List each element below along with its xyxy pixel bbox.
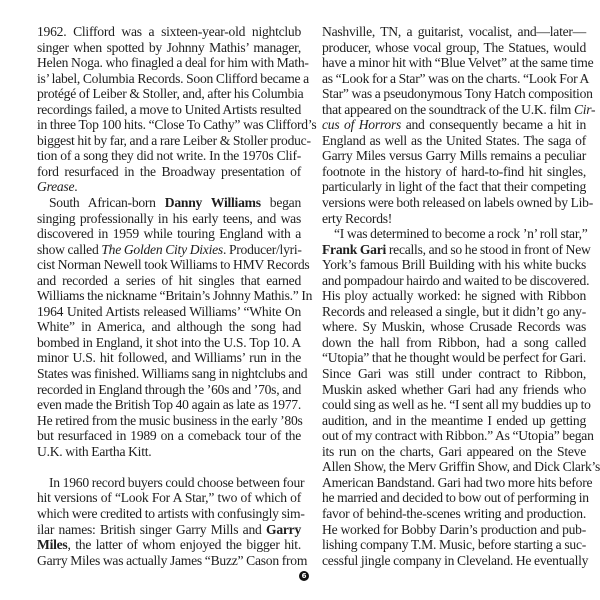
text-line: particularly in light of the fact that t…: [322, 179, 586, 195]
text-line: producer, whose vocal group, The Statues…: [322, 40, 586, 56]
text-line: cus of Horrors and consequently became a…: [322, 117, 586, 133]
paragraph-gap: [37, 459, 301, 475]
text-run: down the hall from Ribbon, had a song ca…: [322, 335, 586, 350]
text-line: In 1960 record buyers could choose betwe…: [37, 475, 301, 491]
text-run: York’s famous Brill Building with his wh…: [322, 257, 586, 272]
text-line: “I was determined to become a rock ’n’ r…: [322, 226, 586, 242]
text-run: show called: [37, 242, 101, 257]
text-line: minor U.S. hit followed, and Williams’ r…: [37, 350, 301, 366]
text-line: cist Norman Newell took Williams to HMV …: [37, 257, 301, 273]
text-run: Helen Noga. who finagled a deal for him …: [37, 55, 309, 70]
text-line: favor of behind-the-scenes writing and p…: [322, 506, 586, 522]
text-run: hit versions of “Look For A Star,” two o…: [37, 490, 301, 505]
text-line: versions were both released on labels ow…: [322, 195, 586, 211]
text-line: where. Sy Muskin, whose Crusade Records …: [322, 319, 586, 335]
text-line: recordings failed, a move to United Arti…: [37, 102, 301, 118]
text-line: Records and released a single, but it di…: [322, 304, 586, 320]
text-line: Muskin asked whether Gari had any friend…: [322, 382, 586, 398]
text-line: and pompadour hairdo and waited to be di…: [322, 273, 586, 289]
text-run: footnote in the history of hard-to-find …: [322, 164, 586, 179]
text-line: U.K. with Eartha Kitt.: [37, 444, 301, 460]
text-line: but resurfaced in 1989 on a comeback tou…: [37, 428, 301, 444]
text-run: White” in America, and although the song…: [37, 319, 301, 334]
text-run: could sing as well as he. “I sent all my…: [322, 397, 591, 412]
text-run: singer when spotted by Johnny Mathis’ ma…: [37, 40, 301, 55]
text-line: singer when spotted by Johnny Mathis’ ma…: [37, 40, 301, 56]
text-line: Since Gari was still under contract to R…: [322, 366, 586, 382]
text-run: tion of a song they did not write. In th…: [37, 148, 301, 163]
text-run: and pompadour hairdo and waited to be di…: [322, 273, 589, 288]
text-run: recordings failed, a move to United Arti…: [37, 102, 301, 117]
text-run: England as well as the United States. Th…: [322, 133, 586, 148]
book-page: 1962. Clifford was a sixteen-year-old ni…: [0, 0, 600, 600]
text-line: bombed in England, it shot into the U.S.…: [37, 335, 301, 351]
italic-title: The Golden City Dixies: [101, 242, 223, 257]
text-run: Star” was a pseudonymous Tony Hatch comp…: [322, 86, 593, 101]
text-run: and consequently became a hit in: [401, 117, 586, 132]
italic-title: Cir-: [574, 102, 595, 117]
text-run: American Bandstand. Gari had two more hi…: [322, 475, 592, 490]
text-run: have a minor hit with “Blue Velvet” at t…: [322, 55, 593, 70]
text-run: ford resurfaced in the Broadway presenta…: [37, 164, 301, 179]
text-run: particularly in light of the fact that t…: [322, 179, 586, 194]
text-run: erty Records!: [322, 211, 392, 226]
text-line: Garry Miles versus Garry Mills remains a…: [322, 148, 586, 164]
text-line: 1964 United Artists released Williams’ “…: [37, 304, 301, 320]
text-run: He worked for Bobby Darin’s production a…: [322, 522, 586, 537]
text-line: Helen Noga. who finagled a deal for him …: [37, 55, 301, 71]
text-run: producer, whose vocal group, The Statues…: [322, 40, 586, 55]
bold-name: Miles: [37, 537, 67, 552]
bold-name: Frank Gari: [322, 242, 386, 257]
text-line: biggest hit by far, and a rare Leiber & …: [37, 133, 301, 149]
text-run: began: [261, 195, 301, 210]
text-run: “I was determined to become a rock ’n’ r…: [334, 226, 588, 241]
right-text-column: Nashville, TN, a guitarist, vocalist, an…: [322, 24, 586, 568]
text-run: but resurfaced in 1989 on a comeback tou…: [37, 428, 301, 443]
text-run: Nashville, TN, a guitarist, vocalist, an…: [322, 24, 586, 39]
text-run: South African-born: [49, 195, 165, 210]
bold-name: Danny Williams: [165, 195, 261, 210]
text-run: Garry Miles was actually James “Buzz” Ca…: [37, 553, 307, 568]
text-run: discovered in 1959 while touring England…: [37, 226, 301, 241]
text-line: ilar names: British singer Garry Mills a…: [37, 522, 301, 538]
text-line: He worked for Bobby Darin’s production a…: [322, 522, 586, 538]
text-line: “Utopia” that he thought would be perfec…: [322, 350, 586, 366]
text-run: , the latter of whom enjoyed the bigger …: [67, 537, 301, 552]
text-run: protégé of Leiber & Stoller, and, after …: [37, 86, 303, 101]
text-run: 1962. Clifford was a sixteen-year-old ni…: [37, 24, 301, 39]
text-run: minor U.S. hit followed, and Williams’ r…: [37, 350, 301, 365]
text-run: biggest hit by far, and a rare Leiber & …: [37, 133, 311, 148]
text-run: Muskin asked whether Gari had any friend…: [322, 382, 586, 397]
text-run: .: [74, 179, 77, 194]
text-run: In 1960 record buyers could choose betwe…: [49, 475, 304, 490]
text-line: as “Look for a Star” was on the charts. …: [322, 71, 586, 87]
text-line: hit versions of “Look For A Star,” two o…: [37, 490, 301, 506]
text-line: White” in America, and although the song…: [37, 319, 301, 335]
text-line: 1962. Clifford was a sixteen-year-old ni…: [37, 24, 301, 40]
text-line: Garry Miles was actually James “Buzz” Ca…: [37, 553, 301, 569]
text-run: where. Sy Muskin, whose Crusade Records …: [322, 319, 586, 334]
text-run: States was finished. Williams sang in ni…: [37, 366, 307, 381]
text-line: Grease.: [37, 179, 301, 195]
text-line: down the hall from Ribbon, had a song ca…: [322, 335, 586, 351]
text-line: Miles, the latter of whom enjoyed the bi…: [37, 537, 301, 553]
text-line: York’s famous Brill Building with his wh…: [322, 257, 586, 273]
text-run: singing professionally in his early teen…: [37, 211, 301, 226]
text-run: He retired from the music business in th…: [37, 413, 303, 428]
text-run: out of my contract with Ribbon.” As “Uto…: [322, 428, 594, 443]
text-line: He retired from the music business in th…: [37, 413, 301, 429]
text-run: cist Norman Newell took Williams to HMV …: [37, 257, 309, 272]
text-line: Williams the nickname “Britain’s Johnny …: [37, 288, 301, 304]
text-run: versions were both released on labels ow…: [322, 195, 593, 210]
text-line: South African-born Danny Williams began: [37, 195, 301, 211]
text-run: in three Top 100 hits. “Close To Cathy” …: [37, 117, 316, 132]
left-text-column: 1962. Clifford was a sixteen-year-old ni…: [37, 24, 301, 568]
text-run: U.K. with Eartha Kitt.: [37, 444, 151, 459]
text-run: as “Look for a Star” was on the charts. …: [322, 71, 589, 86]
text-run: he married and decided to bow out of per…: [322, 490, 589, 505]
text-run: cessful jingle company in Cleveland. He …: [322, 553, 588, 568]
text-line: even made the British Top 40 again as la…: [37, 397, 301, 413]
text-line: States was finished. Williams sang in ni…: [37, 366, 301, 382]
text-run: Garry Miles versus Garry Mills remains a…: [322, 148, 586, 163]
text-line: in three Top 100 hits. “Close To Cathy” …: [37, 117, 301, 133]
text-line: which were credited to artists with conf…: [37, 506, 301, 522]
text-line: Star” was a pseudonymous Tony Hatch comp…: [322, 86, 586, 102]
text-line: Frank Gari recalls, and so he stood in f…: [322, 242, 586, 258]
text-line: Nashville, TN, a guitarist, vocalist, an…: [322, 24, 586, 40]
text-line: footnote in the history of hard-to-find …: [322, 164, 586, 180]
text-run: His ploy actually worked: he signed with…: [322, 288, 586, 303]
text-run: 1964 United Artists released Williams’ “…: [37, 304, 301, 319]
text-line: lishing company T.M. Music, before start…: [322, 537, 586, 553]
text-line: have a minor hit with “Blue Velvet” at t…: [322, 55, 586, 71]
text-line: is’ label, Columbia Records. Soon Cliffo…: [37, 71, 301, 87]
text-run: ilar names: British singer Garry Mills a…: [37, 522, 266, 537]
text-run: its run on the charts, Gari appeared on …: [322, 444, 586, 459]
page-number-badge: 6: [299, 571, 309, 581]
text-run: that appeared on the soundtrack of the U…: [322, 102, 574, 117]
text-line: protégé of Leiber & Stoller, and, after …: [37, 86, 301, 102]
text-run: bombed in England, it shot into the U.S.…: [37, 335, 301, 350]
text-run: favor of behind-the-scenes writing and p…: [322, 506, 586, 521]
text-line: erty Records!: [322, 211, 586, 227]
text-run: recorded in England through the ’60s and…: [37, 382, 301, 397]
text-run: Records and released a single, but it di…: [322, 304, 586, 319]
text-run: is’ label, Columbia Records. Soon Cliffo…: [37, 71, 309, 86]
text-run: lishing company T.M. Music, before start…: [322, 537, 586, 552]
text-run: Allen Show, the Merv Griffin Show, and D…: [322, 459, 600, 474]
text-line: could sing as well as he. “I sent all my…: [322, 397, 586, 413]
italic-title: cus of Horrors: [322, 117, 401, 132]
text-line: audition, and in the meantime I ended up…: [322, 413, 586, 429]
text-line: Allen Show, the Merv Griffin Show, and D…: [322, 459, 586, 475]
text-line: American Bandstand. Gari had two more hi…: [322, 475, 586, 491]
text-line: singing professionally in his early teen…: [37, 211, 301, 227]
text-run: Since Gari was still under contract to R…: [322, 366, 586, 381]
text-line: tion of a song they did not write. In th…: [37, 148, 301, 164]
text-line: out of my contract with Ribbon.” As “Uto…: [322, 428, 586, 444]
text-run: recalls, and so he stood in front of New: [386, 242, 591, 257]
text-line: His ploy actually worked: he signed with…: [322, 288, 586, 304]
text-line: that appeared on the soundtrack of the U…: [322, 102, 586, 118]
italic-title: Grease: [37, 179, 74, 194]
text-run: even made the British Top 40 again as la…: [37, 397, 301, 412]
text-line: he married and decided to bow out of per…: [322, 490, 586, 506]
text-line: its run on the charts, Gari appeared on …: [322, 444, 586, 460]
text-run: Williams the nickname “Britain’s Johnny …: [37, 288, 312, 303]
text-line: recorded in England through the ’60s and…: [37, 382, 301, 398]
text-line: and recorded a series of hit singles tha…: [37, 273, 301, 289]
text-run: audition, and in the meantime I ended up…: [322, 413, 586, 428]
text-run: . Producer/lyri-: [223, 242, 302, 257]
text-run: and recorded a series of hit singles tha…: [37, 273, 301, 288]
text-run: “Utopia” that he thought would be perfec…: [322, 350, 586, 365]
text-line: discovered in 1959 while touring England…: [37, 226, 301, 242]
text-run: which were credited to artists with conf…: [37, 506, 305, 521]
text-line: ford resurfaced in the Broadway presenta…: [37, 164, 301, 180]
text-line: cessful jingle company in Cleveland. He …: [322, 553, 586, 569]
text-line: England as well as the United States. Th…: [322, 133, 586, 149]
bold-name: Garry: [266, 522, 301, 537]
text-line: show called The Golden City Dixies. Prod…: [37, 242, 301, 258]
